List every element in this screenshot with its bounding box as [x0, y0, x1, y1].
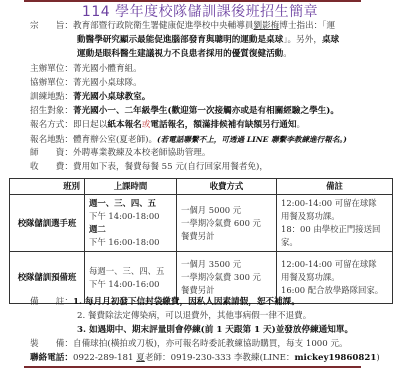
purpose-text: 教育部暨行政院衛生署健康促進學校中央輔導員 [73, 21, 253, 31]
contact-line: 聯絡電話：0922-289-181 夏老師：0919-230-333 李教練(L… [30, 353, 380, 364]
info-registration-place: 報名地點：體育辦公室(夏老師)。(若電話聯繫不上，可透過 LINE 聯繫李教練進… [30, 134, 347, 146]
schedule-days: 週一、三、四、五 [89, 197, 172, 210]
contact-line-prefix: (LINE： [260, 353, 295, 363]
contact-phone-1: 0922-289-181 [73, 353, 133, 363]
note-line: 18：00 由學校正門接送回 [281, 223, 388, 236]
class-name: 校隊儲訓預備班 [10, 252, 85, 304]
info-value: 。 [296, 120, 305, 130]
fee-meal: 餐費另計 [181, 284, 272, 297]
schedule-time: 下午 14:00-18:00 [89, 210, 172, 223]
note-line: 12:00-14:00 可留在球隊 [281, 258, 388, 271]
class-name: 校隊儲訓選手班 [10, 195, 85, 252]
info-label: 招生對象： [30, 106, 73, 116]
schedule-days: 週二 [89, 223, 172, 236]
remark-2: 2. 餐費除法定傳染病，可以退費外，其他事病假一律不退費。 [77, 311, 311, 322]
schedule-time: 下午 16:00-18:00 [89, 236, 172, 249]
remark-item: 2. 餐費除法定傳染病，可以退費外，其他事病假一律不退費。 [77, 311, 311, 321]
note-line: 家。 [281, 236, 388, 249]
doctor-name: 劉影梅 [253, 21, 279, 31]
info-label: 師 資： [30, 148, 73, 158]
contact-line-suffix: ) [376, 353, 379, 363]
info-label: 收 費： [30, 162, 73, 172]
contact-line-id: mickey19860821 [294, 353, 376, 363]
info-note: (若電話聯繫不上，可透過 LINE 聯繫李教練進行報名。) [157, 135, 347, 144]
info-label: 主辦單位： [30, 64, 73, 74]
contact-name-1: 老師： [145, 353, 171, 363]
table-header-row: 班別 上課時間 收費方式 備註 [10, 179, 393, 195]
header-class: 班別 [10, 179, 85, 195]
note-line: 用餐及寫功課。 [281, 210, 388, 223]
info-value-bold: 紙本報名 [107, 120, 141, 130]
table-row: 校隊儲訓預備班 每週一、三、四、五 下午 14:00-16:00 一個月 350… [10, 252, 393, 304]
header-notes: 備註 [277, 179, 393, 195]
remark-item: 3. 如遇期中、期末評量則會停練(前 1 天跟第 1 天)並發放停練通知單。 [77, 325, 353, 335]
header-fees: 收費方式 [177, 179, 277, 195]
notes-cell: 12:00-14:00 可留在球隊 用餐及寫功課。 18：00 由學校正門接送回… [277, 195, 393, 252]
info-value: 菁光國小一、二年級學生(歡迎第一次接觸亦或是有相關經驗之學生)。 [73, 106, 339, 116]
purpose-text: 」。另外， [283, 35, 322, 45]
info-label: 報名地點： [30, 135, 73, 145]
purpose-label: 宗 旨： [30, 21, 73, 32]
info-value: 即日起以 [73, 120, 107, 130]
fee-ac: 一學期冷氣費 600 元 [181, 217, 272, 230]
purpose-text: 博士指出：「運 [279, 21, 335, 31]
info-label: 訓練地點： [30, 92, 73, 102]
remark-1: 備 註：1. 每月月初發下信封袋繳費，因私人因素請假，恕不補課。 [30, 297, 300, 308]
equipment-value: 自備球拍(橫拍或刀板)，亦可報名時委託教練協助購買，每支 1000 元。 [73, 339, 348, 349]
info-registration-method: 報名方式：即日起以紙本報名或電話報名，額滿排候補有缺額另行通知。 [30, 120, 305, 131]
purpose-text: 。 [283, 49, 292, 59]
remark-item: 1. 每月月初發下信封袋繳費，因私人因素請假，恕不補課。 [73, 297, 300, 307]
table-row: 校隊儲訓選手班 週一、三、四、五 下午 14:00-18:00 週二 下午 16… [10, 195, 393, 252]
fees-cell: 一個月 5000 元 一學期冷氣費 600 元 餐費另計 [177, 195, 277, 252]
contact-name-1-surname: 夏 [136, 353, 145, 363]
schedule-cell: 週一、三、四、五 下午 14:00-18:00 週二 下午 16:00-18:0… [85, 195, 177, 252]
equipment-label: 裝 備： [30, 339, 73, 349]
info-value: 費用如下表，餐費每餐 55 元(自行回家用餐者免)， [73, 162, 268, 172]
note-line: 12:00-14:00 可留在球隊 [281, 197, 388, 210]
schedule-time: 下午 14:00-16:00 [89, 278, 172, 291]
purpose-line-3: 運動是眼科醫生建議視力不良患者採用的優質復健活動。 [77, 49, 292, 60]
info-label: 報名方式： [30, 120, 73, 130]
schedule-cell: 每週一、三、四、五 下午 14:00-16:00 [85, 252, 177, 304]
info-value: 外聘專業教練及本校老師協助管理。 [73, 148, 211, 158]
info-fees: 收 費：費用如下表，餐費每餐 55 元(自行回家用餐者免)， [30, 162, 268, 173]
remarks-label: 備 註： [30, 297, 73, 307]
info-value: 菁光國小桌球教室。 [73, 92, 150, 102]
info-target: 招生對象：菁光國小一、二年級學生(歡迎第一次接觸亦或是有相關經驗之學生)。 [30, 106, 339, 117]
notes-cell: 12:00-14:00 可留在球隊 用餐及寫功課。 16:00 配合放學路隊回家… [277, 252, 393, 304]
info-value-bold: 電話報名，額滿排候補有缺額另行通知 [150, 120, 296, 130]
info-value: 菁光國小桌球隊。 [73, 78, 142, 88]
fees-cell: 一個月 3500 元 一學期冷氣費 300 元 餐費另計 [177, 252, 277, 304]
page-title: 114 學年度校隊儲訓課後班招生簡章 [0, 4, 400, 20]
contact-name-2: 李教練 [234, 353, 260, 363]
note-line: 用餐及寫功課。 [281, 271, 388, 284]
info-teachers: 師 資：外聘專業教練及本校老師協助管理。 [30, 148, 211, 159]
purpose-line-1: 宗 旨：教育部暨行政院衛生署健康促進學校中央輔導員劉影梅博士指出：「運 [30, 21, 335, 32]
contact-label: 聯絡電話： [30, 353, 73, 363]
header-schedule: 上課時間 [85, 179, 177, 195]
purpose-bold: 桌球 [322, 35, 339, 45]
fee-monthly: 一個月 5000 元 [181, 204, 272, 217]
note-line: 16:00 配合放學路隊回家。 [281, 284, 388, 297]
info-organizer: 主辦單位：菁光國小體育組。 [30, 64, 142, 75]
purpose-bold: 運動是眼科醫生建議視力不良患者採用的優質復健活動 [77, 49, 283, 59]
top-rule [24, 0, 361, 2]
info-label: 協辦單位： [30, 78, 73, 88]
info-value: 菁光國小體育組。 [73, 64, 142, 74]
purpose-quote: 動醫學研究顯示最能促進腦部發育與聰明的運動是桌球 [77, 35, 283, 45]
fee-meal: 餐費另計 [181, 230, 272, 243]
fee-table: 班別 上課時間 收費方式 備註 校隊儲訓選手班 週一、三、四、五 下午 14:0… [9, 178, 393, 304]
schedule-days: 每週一、三、四、五 [89, 265, 172, 278]
info-location: 訓練地點：菁光國小桌球教室。 [30, 92, 150, 103]
fee-monthly: 一個月 3500 元 [181, 258, 272, 271]
info-co-organizer: 協辦單位：菁光國小桌球隊。 [30, 78, 142, 89]
contact-phone-2: 0919-230-333 [171, 353, 231, 363]
fee-ac: 一學期冷氣費 300 元 [181, 271, 272, 284]
info-value: 體育辦公室(夏老師)。 [73, 135, 157, 145]
purpose-line-2: 動醫學研究顯示最能促進腦部發育與聰明的運動是桌球」。另外，桌球 [77, 35, 339, 46]
bottom-rule [24, 366, 361, 368]
equipment-line: 裝 備：自備球拍(橫拍或刀板)，亦可報名時委託教練協助購買，每支 1000 元。 [30, 339, 348, 350]
remark-3: 3. 如遇期中、期末評量則會停練(前 1 天跟第 1 天)並發放停練通知單。 [77, 325, 353, 336]
